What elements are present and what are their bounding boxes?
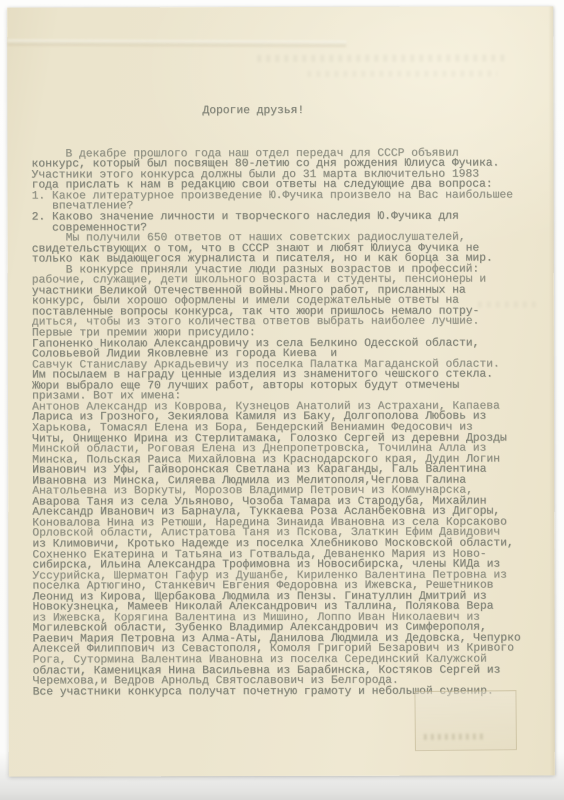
letter-line: поселка Артюгино, Станкевич Евгения Федо… <box>32 581 537 593</box>
letter-line: из Ижевска, Корягина Валентина из Мишино… <box>32 612 537 624</box>
letter-line: Первые три премии жюри присудило: <box>32 327 537 339</box>
letter-line: Антонов Александр из Коврова, Кузнецов А… <box>32 401 537 413</box>
letter-line: Черемхова,и Ведров Арнольд Святославович… <box>33 676 538 688</box>
letter-body: Дорогие друзья! В декабре прошлого года … <box>31 84 537 718</box>
stamp-text-smudge <box>424 733 484 740</box>
letter-line: Рога, Сутормина Валентина Ивановна из по… <box>33 654 538 666</box>
letter-line: Участники этого конкурса должны были до … <box>32 169 537 181</box>
scan-background: { "page": { "background_color": "#fbfbfa… <box>0 0 564 800</box>
letter-line: Минска, Польская Раиса Михайловна из Кра… <box>32 454 537 466</box>
letter-line: рабочие, служащие, дети школьного возрас… <box>32 275 537 287</box>
letter-page: Дорогие друзья! В декабре прошлого года … <box>7 6 555 776</box>
letter-line: Мы получили 650 ответов от наших советск… <box>32 233 537 245</box>
letter-line: В декабре прошлого года наш отдел переда… <box>31 148 536 160</box>
letter-title: Дорогие друзья! <box>202 106 536 117</box>
letter-line: впечатление? <box>32 201 537 213</box>
letter-line: конкурс, были хорошо оформлены и имели с… <box>32 296 537 308</box>
letter-text: В декабре прошлого года наш отдел переда… <box>31 148 537 697</box>
letter-line: Орловской области, Алистратова Таня из П… <box>32 528 537 540</box>
letter-line: Анатольевна из Воркуты, Морозов Владимир… <box>32 486 537 498</box>
letter-line: Сохненко Екатерина и Татьяна из Готвальд… <box>32 549 537 561</box>
letter-line: Савчук Станиславу Аркадьевичу из поселка… <box>32 359 537 371</box>
paper-edge-shadow <box>548 6 555 775</box>
stamp-mark <box>414 690 517 751</box>
ink-ghost-smudge <box>257 55 507 63</box>
paper-crease <box>7 40 346 48</box>
letter-line: Харькова, Томасял Елена из Бора, Бендерс… <box>32 422 537 434</box>
ink-ghost-smudge <box>307 71 497 77</box>
